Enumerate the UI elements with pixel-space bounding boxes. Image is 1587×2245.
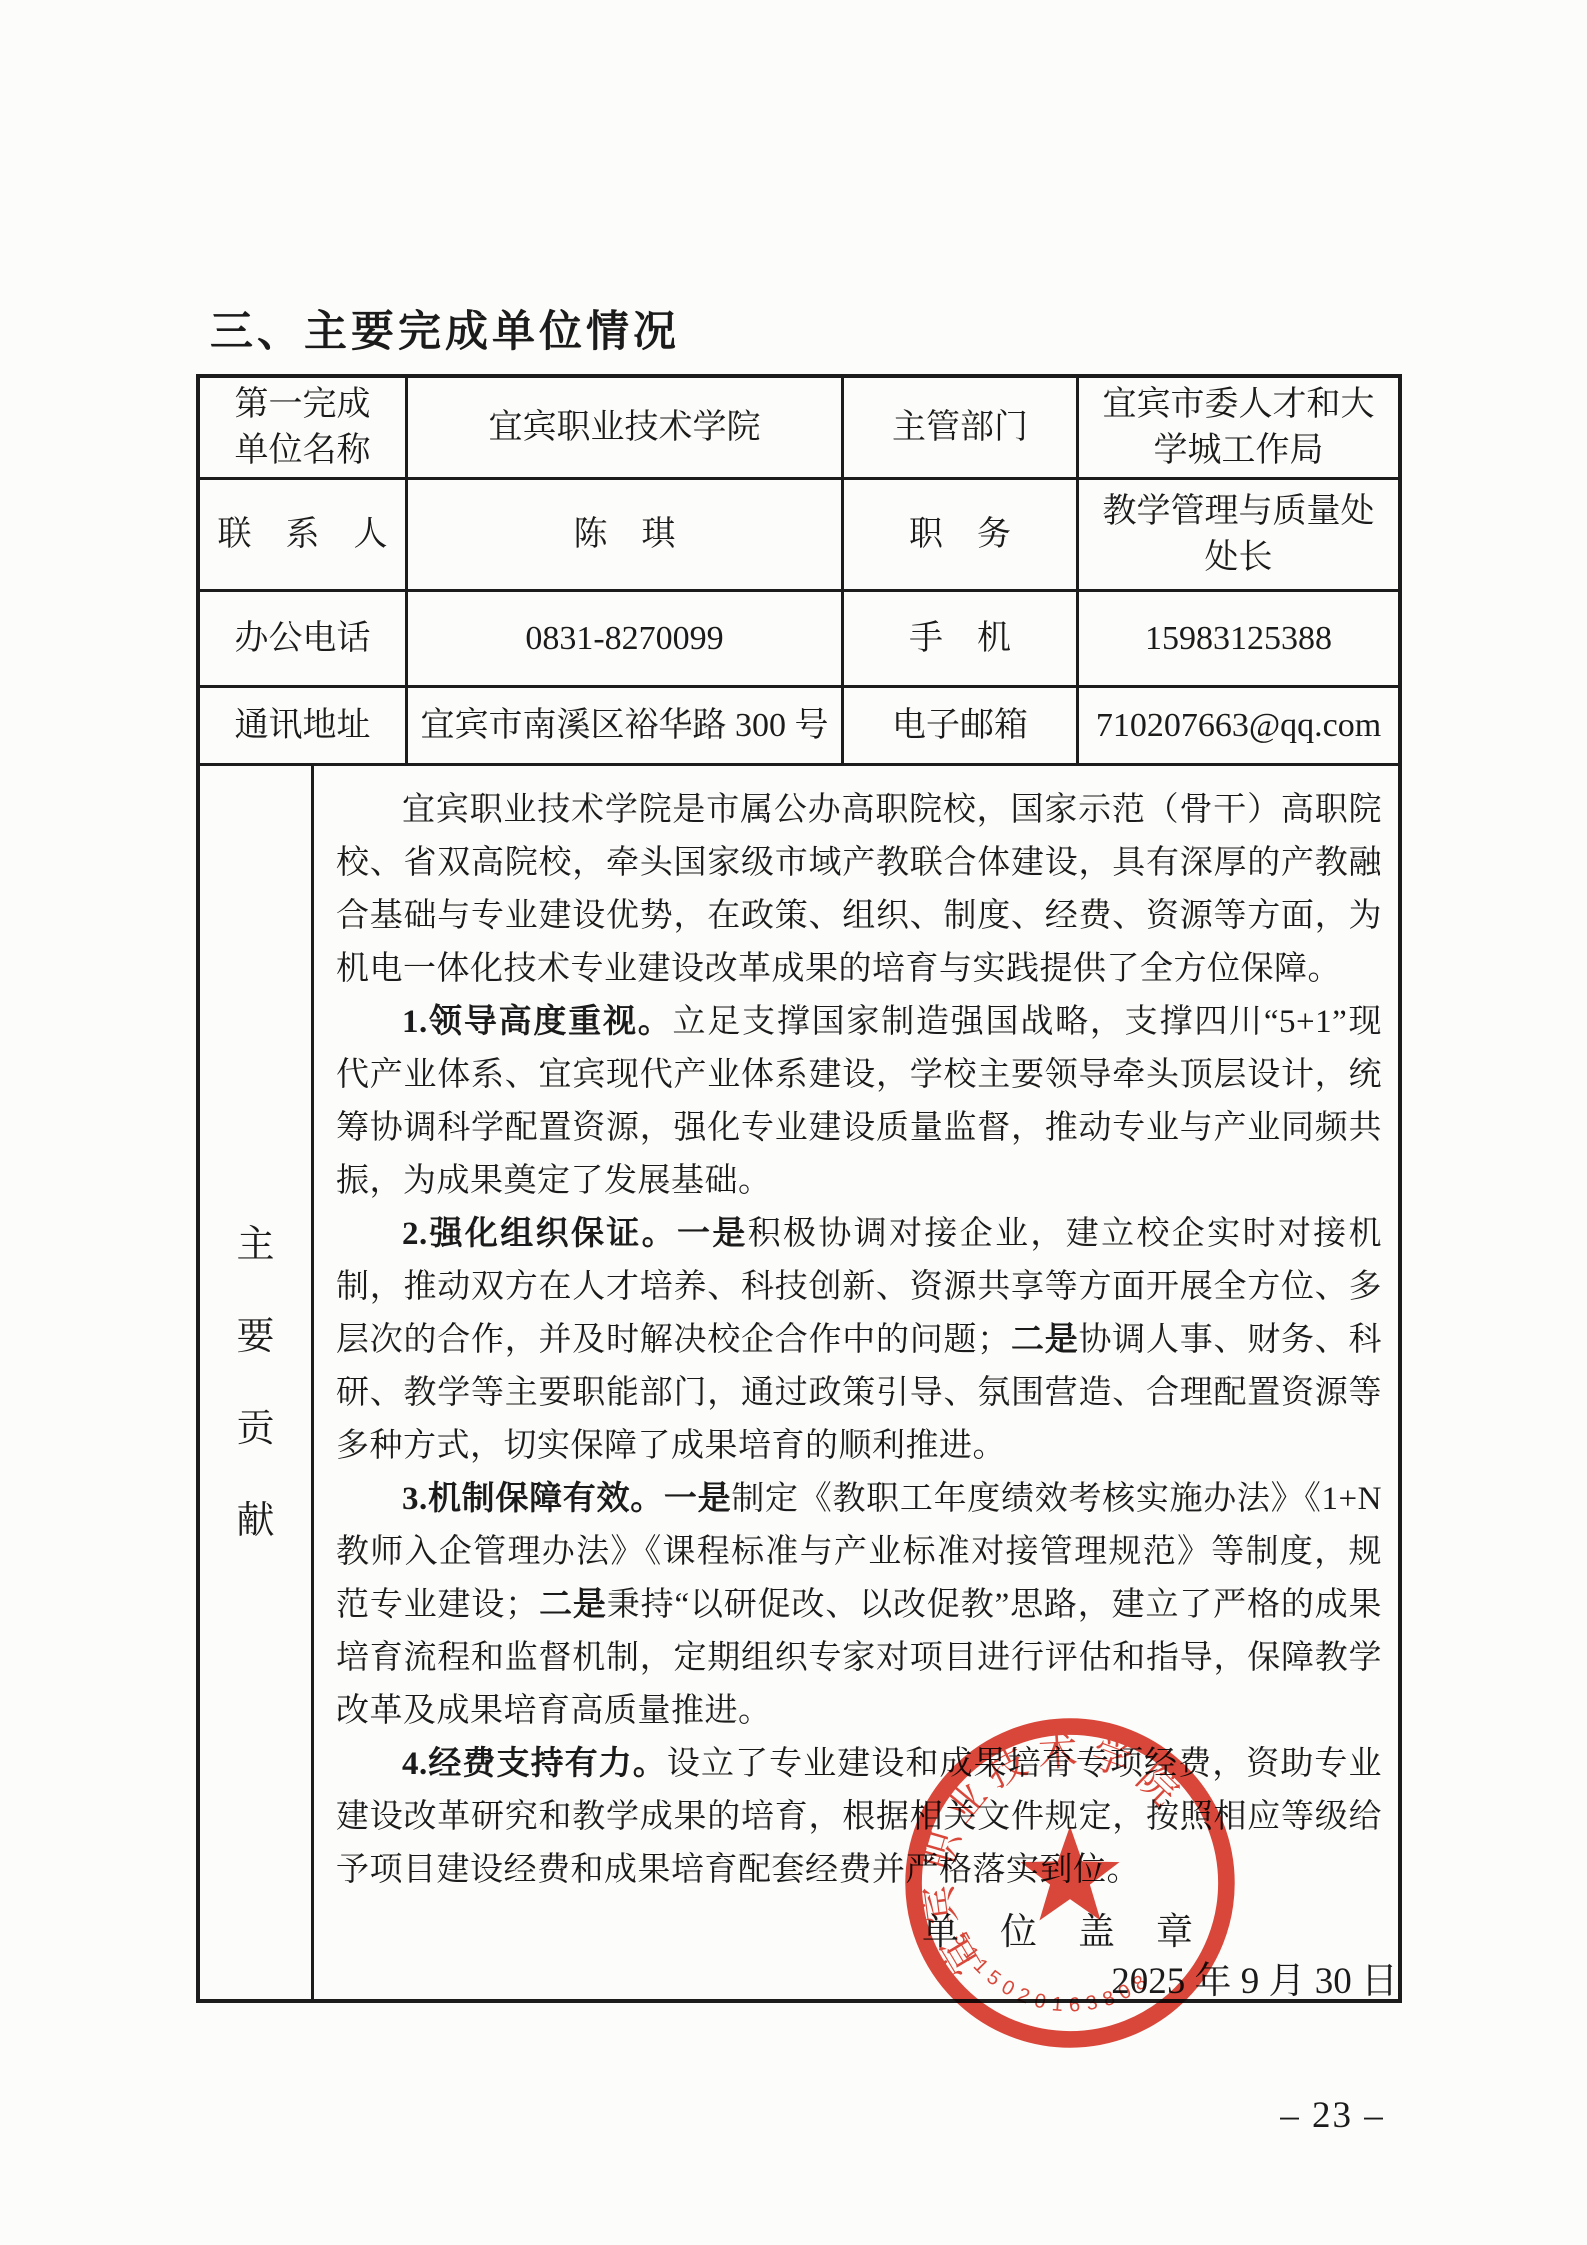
value-supervising-department: 宜宾市委人才和大学城工作局: [1079, 378, 1398, 480]
section-title: 三、主要完成单位情况: [210, 306, 680, 358]
label-office-phone: 办公电话: [200, 592, 408, 688]
paragraph-intro: 宜宾职业技术学院是市属公办高职院校，国家示范（骨干）高职院校、省双高院校，牵头国…: [336, 784, 1382, 996]
document-page: 三、主要完成单位情况 第一完成单位名称 宜宾职业技术学院 主管部门 宜宾市委人才…: [0, 0, 1587, 2245]
page-number: – 23 –: [1240, 2094, 1425, 2137]
paragraph-funding: 4.经费支持有力。设立了专业建设和成果培育专项经费，资助专业建设改革研究和教学成…: [336, 1738, 1382, 1897]
contribution-label-cell: 主要贡献: [200, 766, 314, 1999]
paragraph-mechanism: 3.机制保障有效。一是制定《教职工年度绩效考核实施办法》《1+N 教师入企管理办…: [336, 1473, 1382, 1738]
value-position: 教学管理与质量处处长: [1079, 480, 1398, 592]
paragraph-organization: 2.强化组织保证。一是积极协调对接企业，建立校企实时对接机制，推动双方在人才培养…: [336, 1208, 1382, 1473]
contribution-row: 主要贡献 宜宾职业技术学院是市属公办高职院校，国家示范（骨干）高职院校、省双高院…: [200, 766, 1398, 1999]
value-first-unit-name: 宜宾职业技术学院: [408, 378, 844, 480]
unit-seal-caption: 单 位 盖 章: [922, 1901, 1195, 1955]
label-position: 职 务: [844, 480, 1079, 592]
value-office-phone: 0831-8270099: [408, 592, 844, 688]
label-first-unit-name: 第一完成单位名称: [200, 378, 408, 480]
info-table: 第一完成单位名称 宜宾职业技术学院 主管部门 宜宾市委人才和大学城工作局 联 系…: [196, 374, 1402, 2003]
label-mobile: 手 机: [844, 592, 1079, 688]
value-mobile: 15983125388: [1079, 592, 1398, 688]
contribution-text: 宜宾职业技术学院是市属公办高职院校，国家示范（骨干）高职院校、省双高院校，牵头国…: [314, 766, 1398, 1999]
info-table-grid: 第一完成单位名称 宜宾职业技术学院 主管部门 宜宾市委人才和大学城工作局 联 系…: [200, 378, 1398, 766]
value-mailing-address: 宜宾市南溪区裕华路 300 号: [408, 688, 844, 766]
value-contact-person: 陈 琪: [408, 480, 844, 592]
signature-date: 2025 年 9 月 30 日: [1000, 1950, 1398, 2004]
label-contact-person: 联 系 人: [200, 480, 408, 592]
value-email: 710207663@qq.com: [1079, 688, 1398, 766]
label-email: 电子邮箱: [844, 688, 1079, 766]
label-mailing-address: 通讯地址: [200, 688, 408, 766]
contribution-label: 主要贡献: [235, 1199, 277, 1567]
paragraph-leadership: 1.领导高度重视。立足支撑国家制造强国战略，支撑四川“5+1”现代产业体系、宜宾…: [336, 996, 1382, 1208]
label-supervising-department: 主管部门: [844, 378, 1079, 480]
